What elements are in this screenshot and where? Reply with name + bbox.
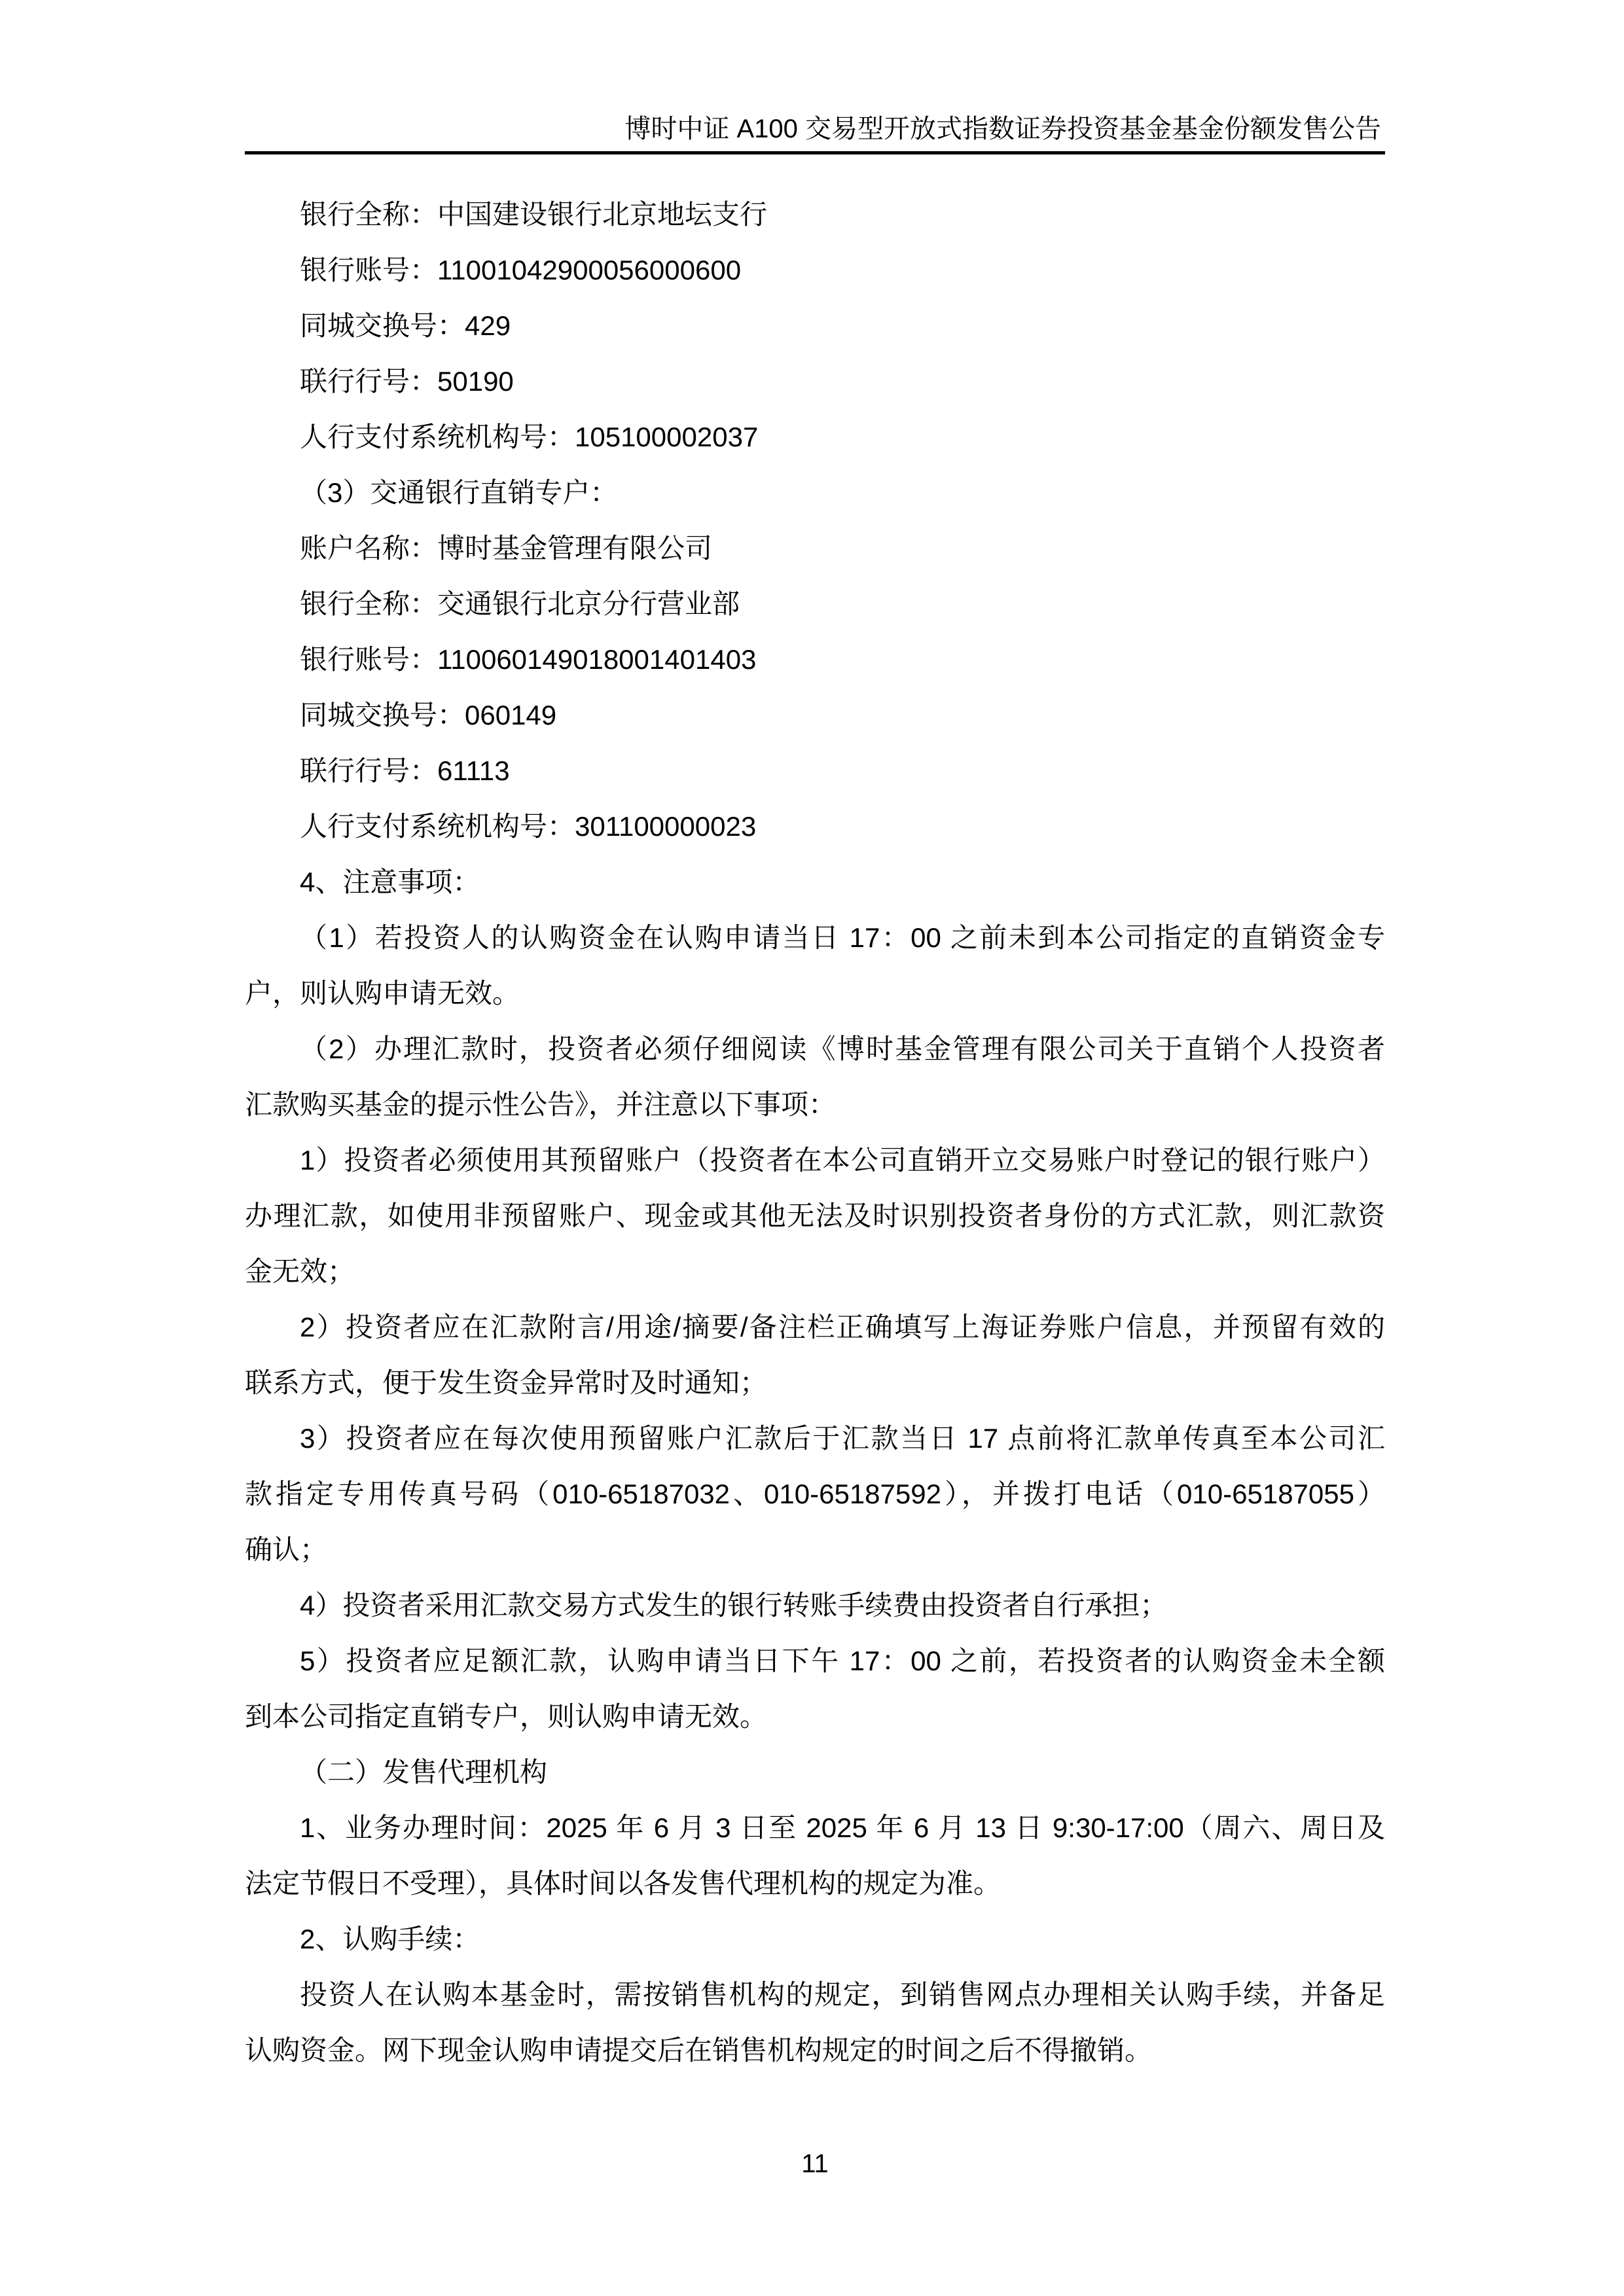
document-body: 银行全称：中国建设银行北京地坛支行银行账号：110010429000560006… <box>245 187 1385 2078</box>
body-line: 同城交换号：429 <box>245 298 1385 353</box>
body-line: 4、注意事项： <box>245 854 1385 910</box>
body-line: 银行账号：11001042900056000600 <box>245 242 1385 298</box>
body-line: 法定节假日不受理），具体时间以各发售代理机构的规定为准。 <box>245 1856 1385 1911</box>
body-line: 账户名称：博时基金管理有限公司 <box>245 520 1385 576</box>
header-title: 博时中证 A100 交易型开放式指数证券投资基金基金份额发售公告 <box>624 113 1381 145</box>
body-line: 银行全称：中国建设银行北京地坛支行 <box>245 187 1385 242</box>
body-line: （二）发售代理机构 <box>245 1744 1385 1800</box>
body-line: 款指定专用传真号码（010-65187032、010-65187592），并拨打… <box>245 1466 1385 1522</box>
body-line: 4）投资者采用汇款交易方式发生的银行转账手续费由投资者自行承担； <box>245 1577 1385 1633</box>
body-line: 人行支付系统机构号：301100000023 <box>245 798 1385 854</box>
body-line: 联行行号：50190 <box>245 353 1385 409</box>
body-line: 1）投资者必须使用其预留账户（投资者在本公司直销开立交易账户时登记的银行账户） <box>245 1132 1385 1188</box>
body-line: （3）交通银行直销专户： <box>245 465 1385 520</box>
body-line: 金无效； <box>245 1244 1385 1299</box>
body-line: 联行行号：61113 <box>245 743 1385 798</box>
body-line: 银行账号：110060149018001401403 <box>245 632 1385 687</box>
body-line: （1）若投资人的认购资金在认购申请当日 17：00 之前未到本公司指定的直销资金… <box>245 910 1385 965</box>
body-line: 认购资金。网下现金认购申请提交后在销售机构规定的时间之后不得撤销。 <box>245 2022 1385 2078</box>
body-line: 银行全称：交通银行北京分行营业部 <box>245 576 1385 632</box>
body-line: 联系方式，便于发生资金异常时及时通知； <box>245 1355 1385 1410</box>
body-line: 到本公司指定直销专户，则认购申请无效。 <box>245 1689 1385 1744</box>
body-line: 3）投资者应在每次使用预留账户汇款后于汇款当日 17 点前将汇款单传真至本公司汇 <box>245 1410 1385 1466</box>
body-line: （2）办理汇款时，投资者必须仔细阅读《博时基金管理有限公司关于直销个人投资者 <box>245 1021 1385 1077</box>
body-line: 汇款购买基金的提示性公告》，并注意以下事项： <box>245 1077 1385 1132</box>
body-line: 人行支付系统机构号：105100002037 <box>245 409 1385 465</box>
body-line: 同城交换号：060149 <box>245 687 1385 743</box>
document-page: 博时中证 A100 交易型开放式指数证券投资基金基金份额发售公告 银行全称：中国… <box>0 0 1624 2296</box>
body-line: 2、认购手续： <box>245 1911 1385 1967</box>
body-line: 投资人在认购本基金时，需按销售机构的规定，到销售网点办理相关认购手续，并备足 <box>245 1967 1385 2022</box>
body-line: 确认； <box>245 1522 1385 1577</box>
body-line: 2）投资者应在汇款附言/用途/摘要/备注栏正确填写上海证券账户信息，并预留有效的 <box>245 1299 1385 1355</box>
header-rule <box>245 151 1385 154</box>
body-line: 办理汇款，如使用非预留账户、现金或其他无法及时识别投资者身份的方式汇款，则汇款资 <box>245 1188 1385 1244</box>
body-line: 5）投资者应足额汇款，认购申请当日下午 17：00 之前，若投资者的认购资金未全… <box>245 1633 1385 1689</box>
body-line: 1、业务办理时间：2025 年 6 月 3 日至 2025 年 6 月 13 日… <box>245 1800 1385 1856</box>
body-line: 户，则认购申请无效。 <box>245 965 1385 1021</box>
page-number: 11 <box>245 2147 1385 2180</box>
